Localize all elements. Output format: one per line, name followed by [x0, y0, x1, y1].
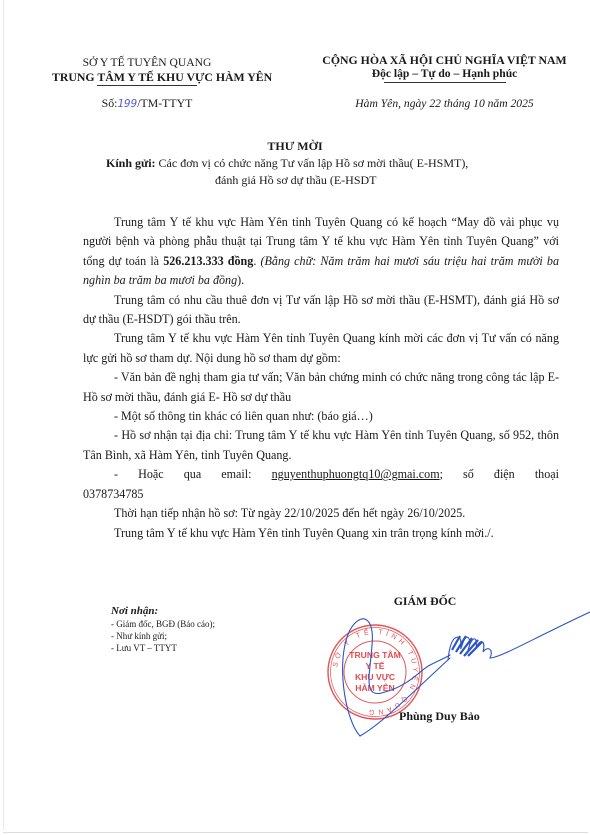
place-date: Hàm Yên, ngày 22 tháng 10 năm 2025 [312, 97, 577, 111]
recipients-block: Nơi nhận: - Giám đốc, BGĐ (Báo cáo); - N… [111, 604, 215, 654]
nation-title: CỘNG HÒA XÃ HỘI CHỦ NGHĨA VIỆT NAM [312, 53, 577, 67]
budget-amount: 526.213.333 đồng [163, 254, 253, 268]
recipient-text-1: Các đơn vị có chức năng Tư vấn lập Hồ sơ… [159, 156, 469, 170]
doc-number-prefix: Số: [102, 96, 118, 110]
scan-edge [3, 0, 4, 830]
national-header: CỘNG HÒA XÃ HỘI CHỦ NGHĨA VIỆT NAM Độc l… [312, 53, 577, 111]
paragraph-plan: Trung tâm Y tế khu vực Hàm Yên tỉnh Tuyê… [83, 213, 559, 291]
doc-number-handwritten: 199 [117, 97, 137, 110]
phone-number: 0378734785 [83, 485, 559, 504]
email-prefix: - Hoặc qua email: [114, 467, 272, 481]
paragraph-need: Trung tâm có nhu cầu thuê đơn vị Tư vấn … [83, 291, 559, 330]
email-link[interactable]: nguyenthuphuongtq10@gmai.com [272, 467, 440, 481]
recipients-label: Nơi nhận: [111, 604, 215, 618]
national-motto: Độc lập – Tự do – Hạnh phúc [312, 67, 577, 81]
phone-label: ; số điện thoại [440, 467, 559, 481]
plan-text-sep: . [253, 254, 260, 268]
paragraph-invitation: Trung tâm Y tế khu vực Hàm Yên tỉnh Tuyê… [83, 329, 559, 368]
recipient-line: Kính gửi: Các đơn vị có chức năng Tư vấn… [106, 155, 546, 189]
organization-name: TRUNG TÂM Y TẾ KHU VỰC HÀM YÊN [52, 70, 242, 84]
recipient-item: - Giám đốc, BGĐ (Báo cáo); [111, 618, 215, 630]
document-number: Số:199/TM-TTYT [52, 96, 242, 111]
list-item: - Văn bản đề nghị tham gia tư vấn; Văn b… [83, 368, 559, 407]
document-title: THƯ MỜI [0, 139, 590, 154]
signer-name: Phùng Duy Bảo [399, 709, 480, 724]
header-underline [97, 85, 197, 86]
issuing-organization-header: SỞ Y TẾ TUYÊN QUANG TRUNG TÂM Y TẾ KHU V… [52, 56, 242, 111]
recipient-item: - Lưu VT – TTYT [111, 642, 215, 654]
list-item-email: - Hoặc qua email: nguyenthuphuongtq10@gm… [83, 465, 559, 484]
doc-number-suffix: /TM-TTYT [137, 96, 192, 110]
recipient-label: Kính gửi: [106, 156, 156, 170]
parent-organization: SỞ Y TẾ TUYÊN QUANG [52, 56, 242, 70]
document-page: SỞ Y TẾ TUYÊN QUANG TRUNG TÂM Y TẾ KHU V… [0, 0, 590, 835]
paragraph-closing: Trung tâm Y tế khu vực Hàm Yên tỉnh Tuyê… [83, 524, 559, 543]
motto-underline [384, 82, 506, 83]
list-item: - Một số thông tin khác có liên quan như… [83, 407, 559, 426]
paragraph-deadline: Thời hạn tiếp nhận hồ sơ: Từ ngày 22/10/… [83, 504, 559, 523]
recipient-text-2: đánh giá Hồ sơ dự thầu (E-HSDT [106, 172, 546, 189]
plan-text-end: ). [237, 273, 244, 287]
scan-edge [3, 832, 588, 833]
list-item: - Hồ sơ nhận tại địa chỉ: Trung tâm Y tế… [83, 426, 559, 465]
recipient-item: - Như kính gửi; [111, 630, 215, 642]
letter-body: Trung tâm Y tế khu vực Hàm Yên tỉnh Tuyê… [83, 213, 559, 543]
